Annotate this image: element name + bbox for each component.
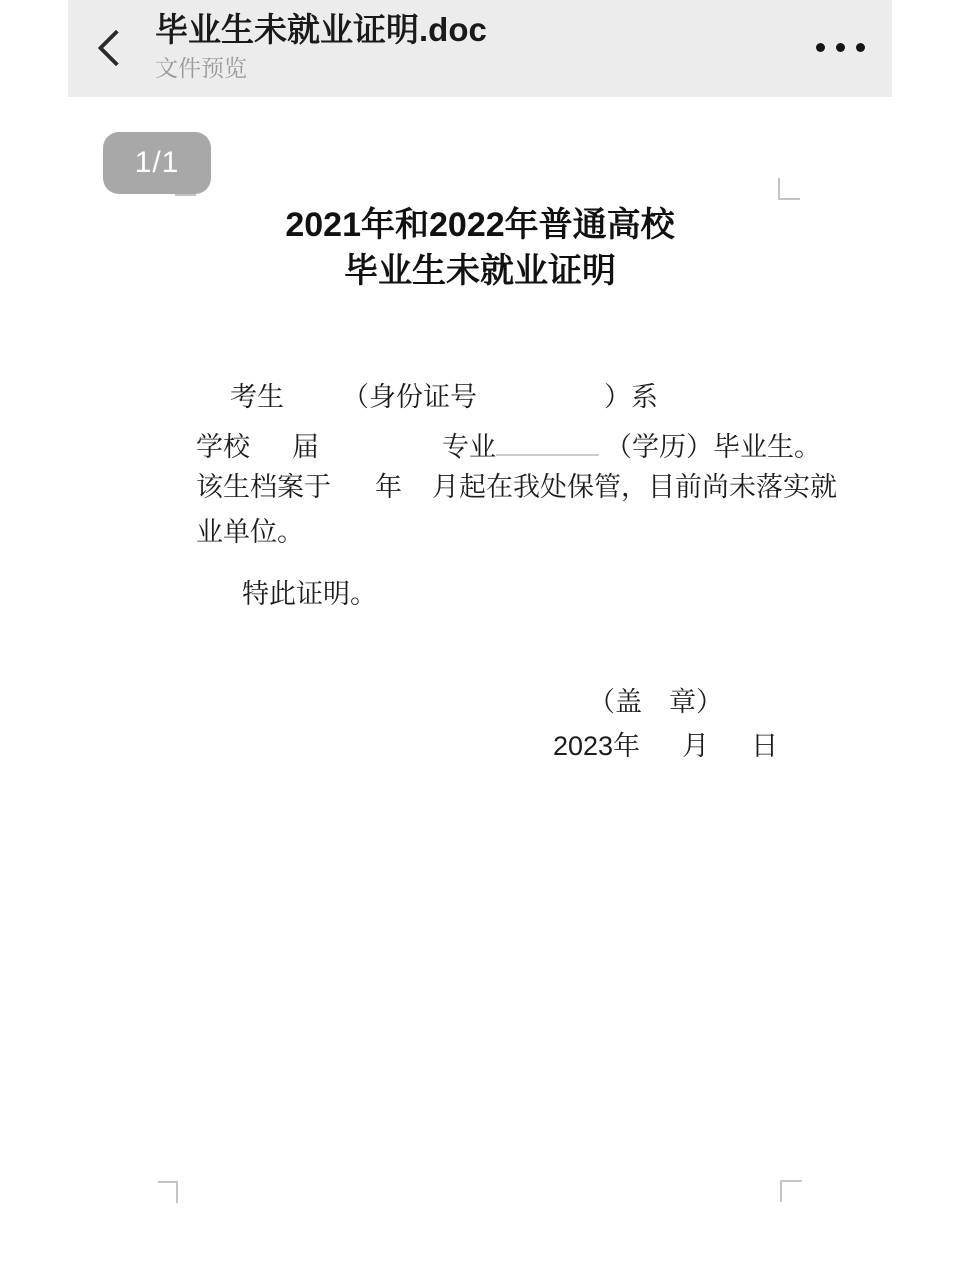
body-line-3: 该生档案于年月起在我处保管，目前尚未落实就 xyxy=(196,470,837,504)
date-month: 月 xyxy=(682,731,709,761)
body-text: 学校 xyxy=(196,432,250,462)
file-preview-screen: 毕业生未就业证明.doc 文件预览 1/1 2021年和2022年普通高校 毕业… xyxy=(0,0,960,1280)
back-button[interactable] xyxy=(86,8,146,88)
page-number-badge: 1/1 xyxy=(103,132,211,194)
body-text: 考生 xyxy=(230,382,284,412)
ellipsis-icon xyxy=(856,43,865,52)
text-boundary-corner-top-right xyxy=(778,178,800,200)
preview-mode-label: 文件预览 xyxy=(155,53,775,83)
date-line: 2023年月日 xyxy=(553,729,778,763)
text-boundary-corner-bottom-right xyxy=(780,1180,802,1202)
more-options-button[interactable] xyxy=(804,22,876,72)
body-text: 年 xyxy=(375,472,402,502)
body-text: 届 xyxy=(292,432,319,462)
document-title: 2021年和2022年普通高校 毕业生未就业证明 xyxy=(68,202,892,294)
body-text: （身份证号 xyxy=(342,382,477,412)
header-titles: 毕业生未就业证明.doc 文件预览 xyxy=(155,10,775,83)
closing-statement: 特此证明。 xyxy=(242,577,377,611)
date-year: 2023年 xyxy=(553,731,640,761)
document-title-line1: 2021年和2022年普通高校 xyxy=(68,202,892,248)
date-day: 日 xyxy=(751,731,778,761)
body-line-1: 考生（身份证号）系 xyxy=(230,380,658,414)
text-boundary-corner-bottom-left xyxy=(158,1181,178,1203)
body-text: 专业 xyxy=(442,432,496,462)
chevron-left-icon xyxy=(98,30,135,67)
body-text: （学历）毕业生。 xyxy=(605,432,821,462)
ellipsis-icon xyxy=(836,43,845,52)
body-text: 月起在我处保管，目前尚未落实就 xyxy=(432,472,837,502)
document-page[interactable]: 1/1 2021年和2022年普通高校 毕业生未就业证明 考生（身份证号）系 学… xyxy=(68,97,892,1280)
document-title-line2: 毕业生未就业证明 xyxy=(68,248,892,294)
body-text: ）系 xyxy=(604,382,658,412)
preview-header: 毕业生未就业证明.doc 文件预览 xyxy=(68,0,892,97)
ellipsis-icon xyxy=(816,43,825,52)
blank-underline-field xyxy=(496,425,599,456)
body-line-2: 学校届专业（学历）毕业生。 xyxy=(196,425,821,464)
body-text: 该生档案于 xyxy=(196,472,331,502)
body-line-4: 业单位。 xyxy=(196,515,304,549)
file-title: 毕业生未就业证明.doc xyxy=(155,10,775,50)
seal-placeholder: （盖 章） xyxy=(588,685,723,719)
